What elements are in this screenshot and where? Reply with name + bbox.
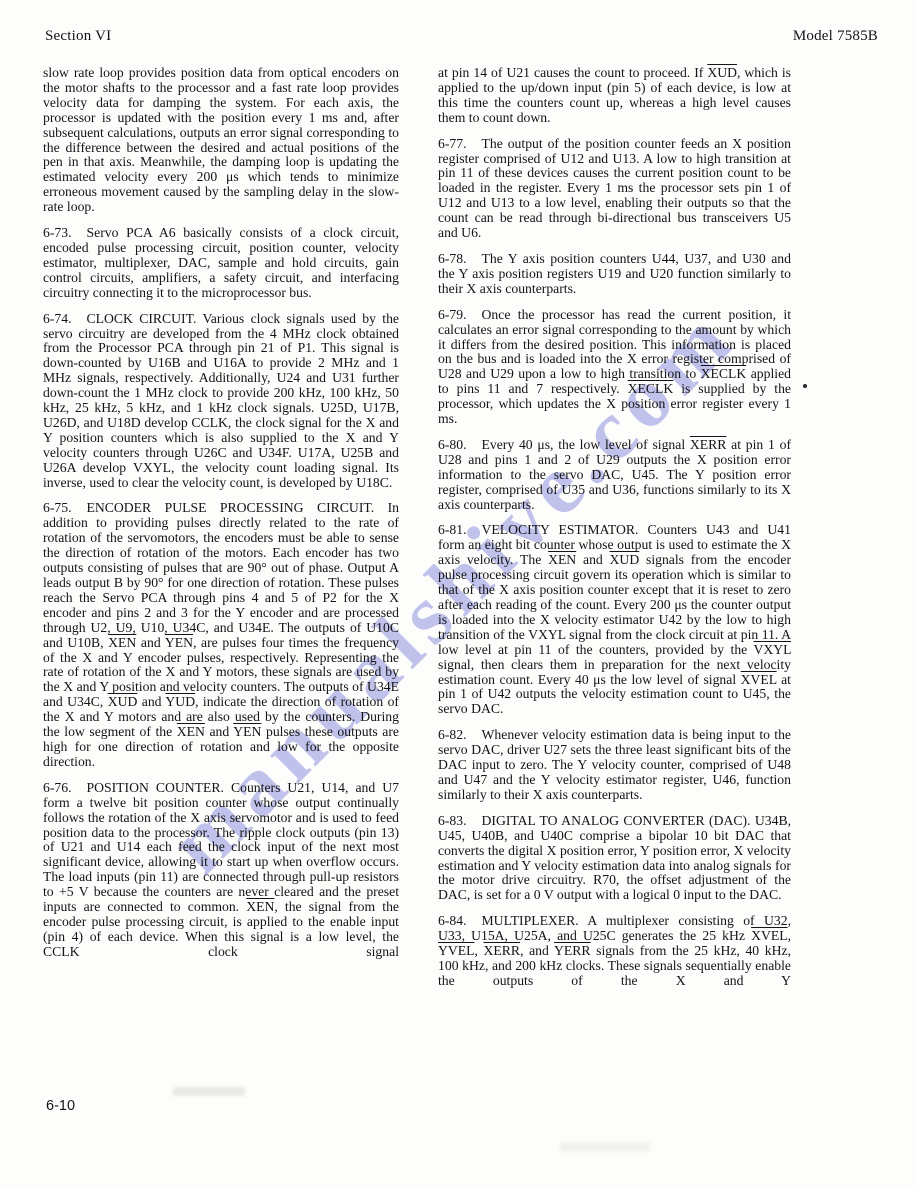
scan-artifact-dot: [803, 384, 807, 388]
paragraph-text: VELOCITY ESTIMATOR. Counters U43 and U41…: [438, 522, 791, 716]
scan-smudge: [560, 1143, 650, 1151]
paragraph-number: 6-83.: [438, 813, 467, 828]
paragraph: 6-81.VELOCITY ESTIMATOR. Counters U43 an…: [438, 523, 791, 717]
paragraph: 6-76.POSITION COUNTER. Counters U21, U14…: [43, 781, 399, 960]
paragraph-text: MULTIPLEXER. A multiplexer consisting of…: [438, 913, 791, 988]
paragraph-text: CLOCK CIRCUIT. Various clock signals use…: [43, 311, 399, 490]
page-number: 6-10: [46, 1098, 75, 1114]
paragraph: 6-82.Whenever velocity estimation data i…: [438, 728, 791, 803]
paragraph-text: The output of the position counter feeds…: [438, 136, 791, 240]
paragraph: 6-75.ENCODER PULSE PROCESSING CIRCUIT. I…: [43, 501, 399, 769]
paragraph-number: 6-81.: [438, 522, 467, 537]
section-label: Section VI: [45, 28, 111, 45]
paragraph: 6-79.Once the processor has read the cur…: [438, 308, 791, 427]
paragraph: 6-77.The output of the position counter …: [438, 137, 791, 241]
paragraph-number: 6-79.: [438, 307, 467, 322]
paragraph-text: ENCODER PULSE PROCESSING CIRCUIT. In add…: [43, 500, 399, 768]
right-column: at pin 14 of U21 causes the count to pro…: [438, 66, 791, 1000]
paragraph-text: POSITION COUNTER. Counters U21, U14, and…: [43, 780, 399, 959]
paragraph: 6-84.MULTIPLEXER. A multiplexer consisti…: [438, 914, 791, 989]
paragraph: 6-83.DIGITAL TO ANALOG CONVERTER (DAC). …: [438, 814, 791, 903]
model-label: Model 7585B: [793, 28, 878, 45]
paragraph-text: slow rate loop provides position data fr…: [43, 65, 399, 214]
document-page: manualshive.com Section VI Model 7585B s…: [0, 0, 918, 1188]
paragraph-number: 6-74.: [43, 311, 72, 326]
paragraph-text: Once the processor has read the current …: [438, 307, 791, 426]
paragraph-text: The Y axis position counters U44, U37, a…: [438, 251, 791, 296]
paragraph-number: 6-77.: [438, 136, 467, 151]
paragraph: 6-80.Every 40 μs, the low level of signa…: [438, 438, 791, 513]
paragraph-number: 6-75.: [43, 500, 72, 515]
paragraph-text: at pin 14 of U21 causes the count to pro…: [438, 65, 791, 125]
paragraph: 6-73.Servo PCA A6 basically consists of …: [43, 226, 399, 301]
paragraph-number: 6-84.: [438, 913, 467, 928]
paragraph-number: 6-73.: [43, 225, 72, 240]
left-column: slow rate loop provides position data fr…: [43, 66, 399, 971]
paragraph: at pin 14 of U21 causes the count to pro…: [438, 66, 791, 126]
paragraph: 6-78.The Y axis position counters U44, U…: [438, 252, 791, 297]
paragraph-text: Whenever velocity estimation data is bei…: [438, 727, 791, 802]
paragraph-text: Every 40 μs, the low level of signal XER…: [438, 437, 791, 512]
paragraph-number: 6-76.: [43, 780, 72, 795]
paragraph-text: Servo PCA A6 basically consists of a clo…: [43, 225, 399, 300]
paragraph-number: 6-82.: [438, 727, 467, 742]
scan-smudge: [173, 1087, 245, 1096]
paragraph: 6-74.CLOCK CIRCUIT. Various clock signal…: [43, 312, 399, 491]
paragraph-text: DIGITAL TO ANALOG CONVERTER (DAC). U34B,…: [438, 813, 791, 903]
paragraph-number: 6-80.: [438, 437, 467, 452]
paragraph-number: 6-78.: [438, 251, 467, 266]
paragraph: slow rate loop provides position data fr…: [43, 66, 399, 215]
